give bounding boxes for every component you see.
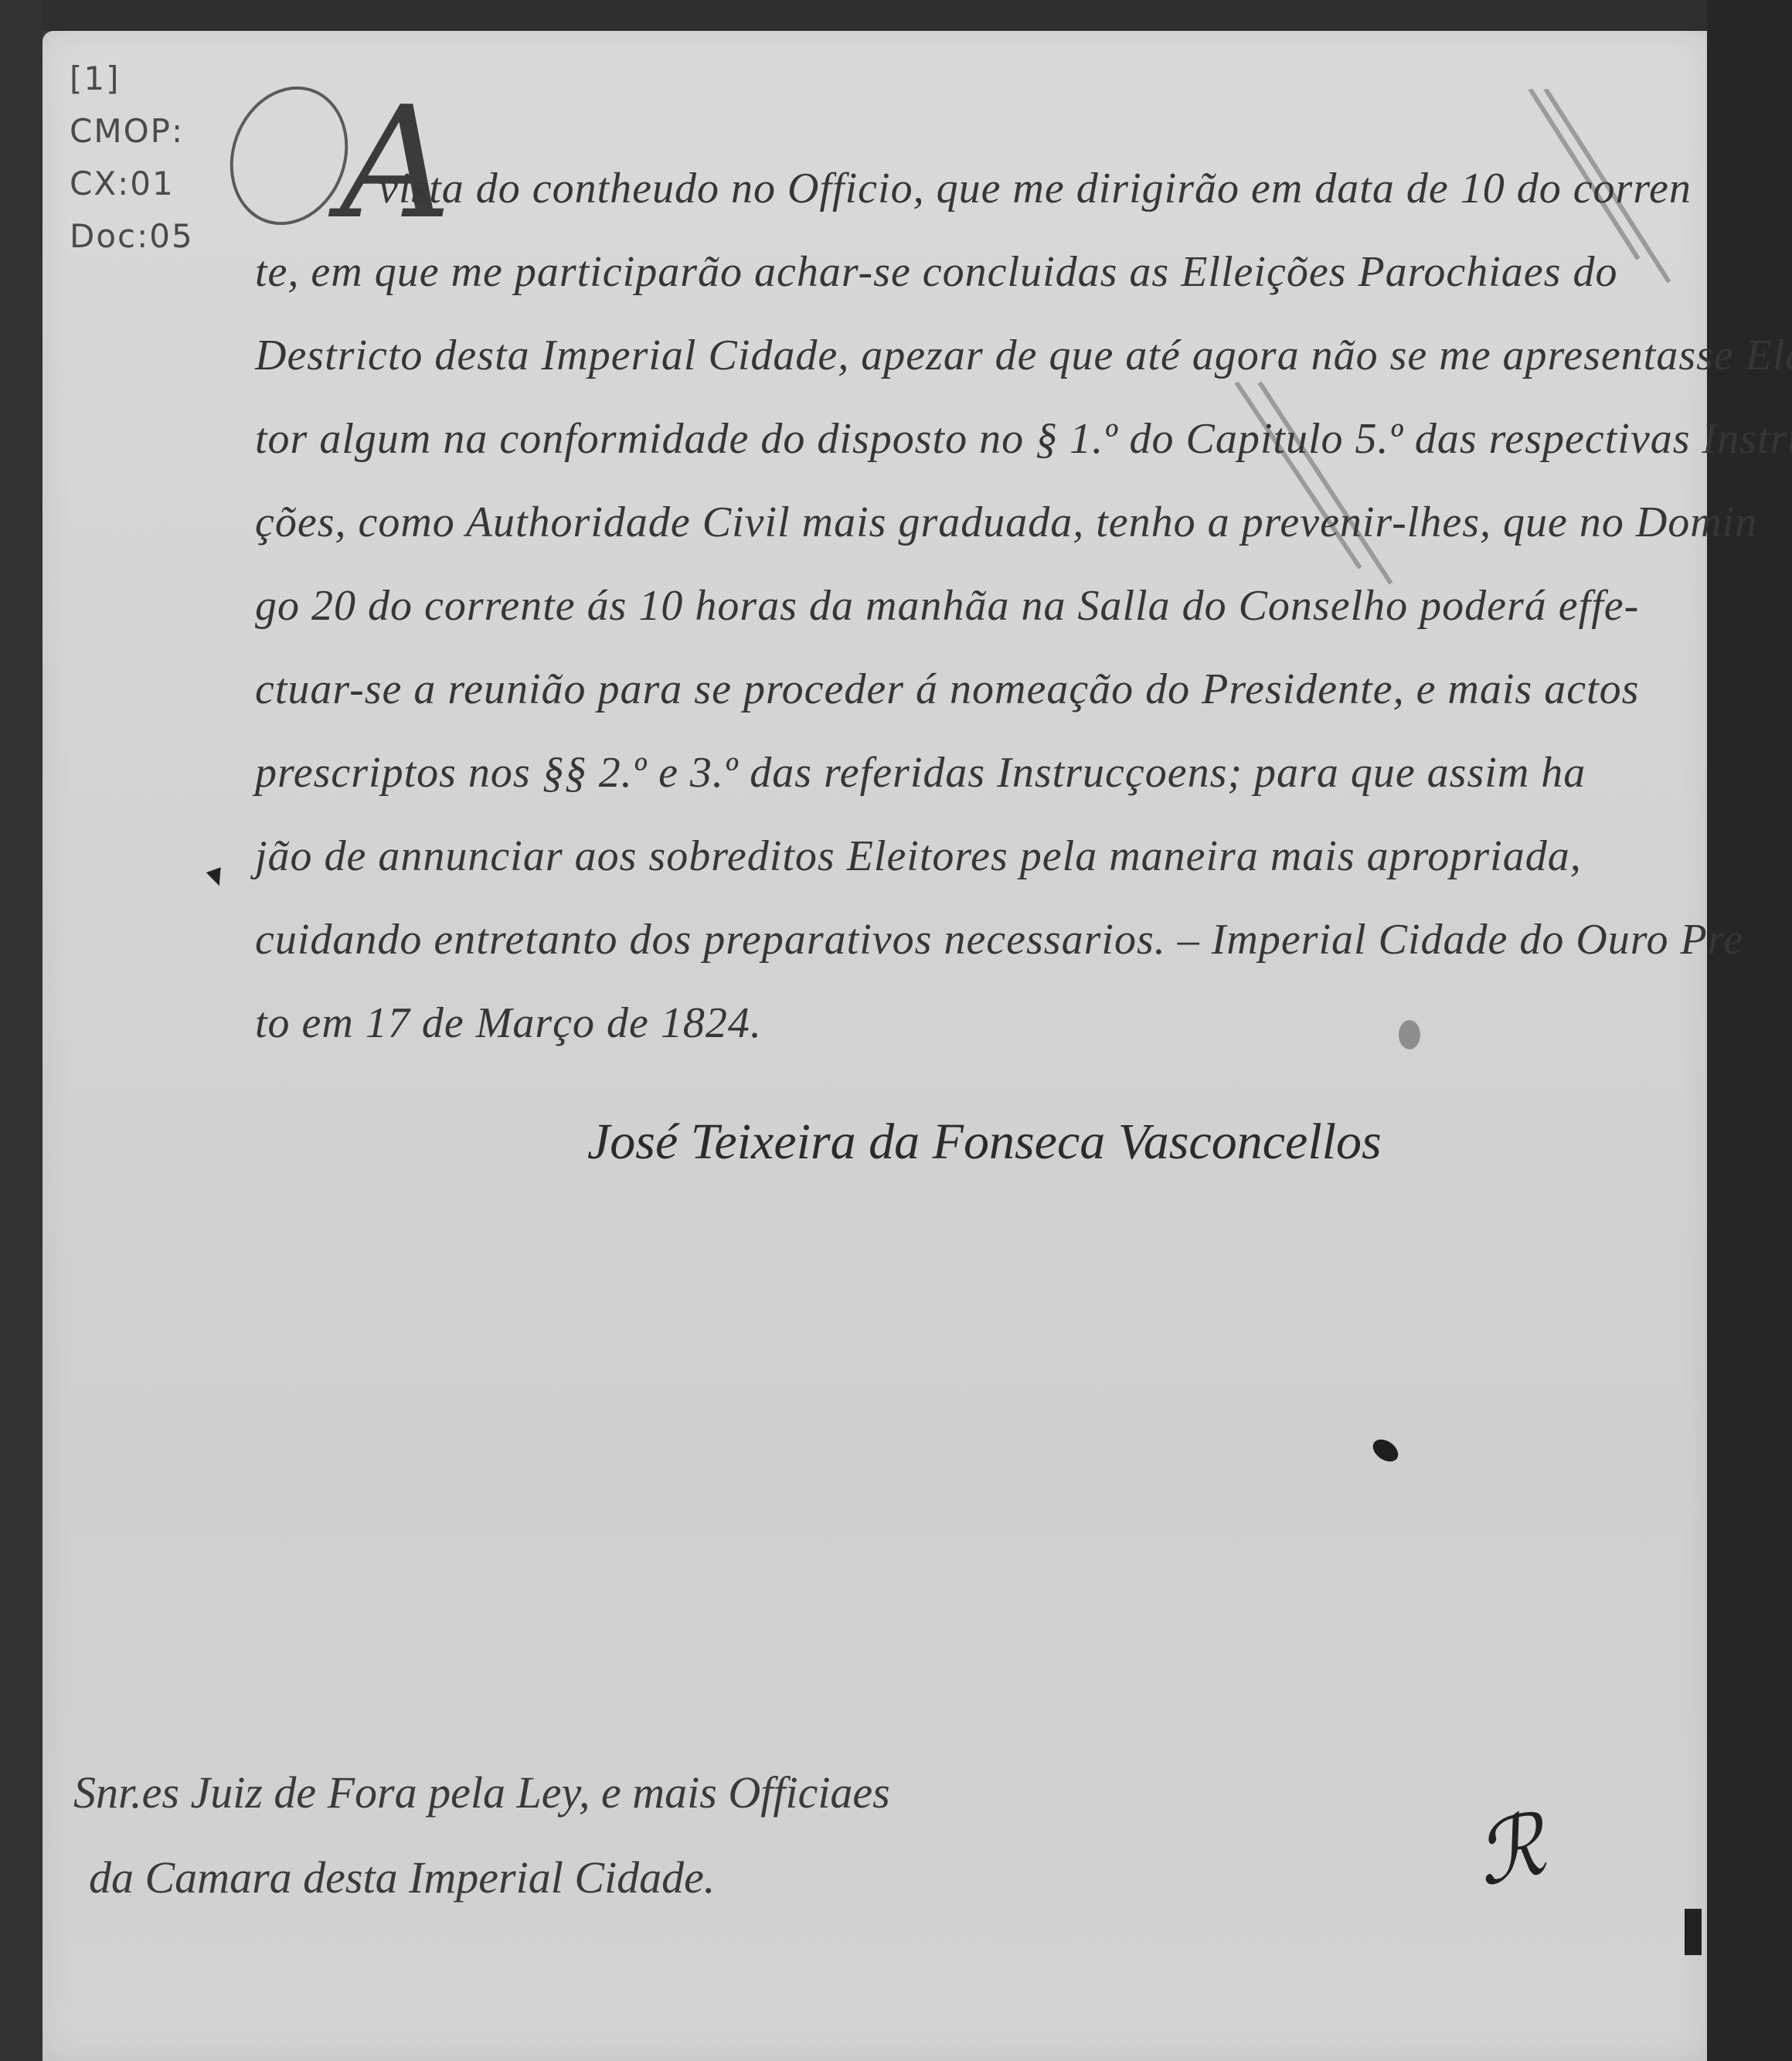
scan-border-right (1707, 0, 1792, 2061)
addressee-line: Snr.es Juiz de Fora pela Ley, e mais Off… (73, 1750, 890, 1835)
body-line: ctuar-se a reunião para se proceder á no… (255, 648, 1700, 731)
scan-border-left (0, 0, 43, 2061)
body-line: vista do contheudo no Officio, que me di… (255, 147, 1700, 230)
archive-item-number: [1] (70, 53, 194, 105)
body-line: Destricto desta Imperial Cidade, apezar … (255, 314, 1700, 397)
body-line: jão de annunciar aos sobreditos Eleitore… (255, 815, 1700, 898)
body-line: tor algum na conformidade do disposto no… (255, 397, 1700, 481)
body-line: prescriptos nos §§ 2.º e 3.º das referid… (255, 731, 1700, 815)
archive-doc: Doc:05 (70, 210, 194, 263)
edge-ink-blot (1685, 1909, 1702, 1955)
addressee-line: da Camara desta Imperial Cidade. (73, 1835, 890, 1920)
signature: José Teixeira da Fonseca Vasconcellos (587, 1113, 1382, 1172)
ink-stain (1399, 1020, 1420, 1049)
archive-box: CX:01 (70, 158, 194, 210)
body-line: to em 17 de Março de 1824. (255, 981, 1700, 1065)
archive-reference-note: [1] CMOP: CX:01 Doc:05 (70, 53, 194, 263)
addressee-block: Snr.es Juiz de Fora pela Ley, e mais Off… (73, 1750, 890, 1920)
body-line: ções, como Authoridade Civil mais gradua… (255, 481, 1700, 564)
archive-collection: CMOP: (70, 105, 194, 158)
body-line: cuidando entretanto dos preparativos nec… (255, 898, 1700, 981)
scan-border-top (0, 0, 1792, 31)
letter-body: vista do contheudo no Officio, que me di… (255, 147, 1700, 1065)
body-line: go 20 do corrente ás 10 horas da manhãa … (255, 564, 1700, 648)
body-line: te, em que me participarão achar-se conc… (255, 230, 1700, 314)
